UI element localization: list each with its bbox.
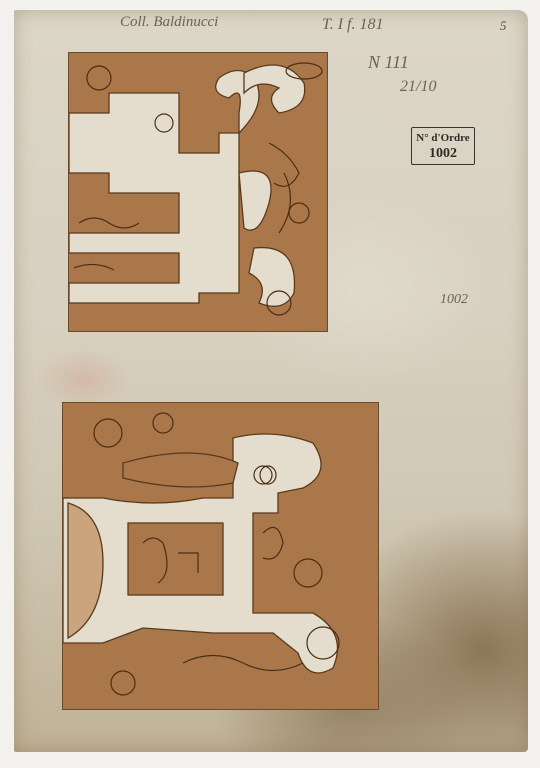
lower-ornamental-panel <box>62 402 379 710</box>
collection-stamp: N° d'Ordre 1002 <box>411 127 475 165</box>
number-inscription: N 111 <box>368 52 409 73</box>
stamp-label: N° d'Ordre <box>412 131 474 146</box>
upper-ornamental-panel <box>68 52 328 332</box>
pencil-number-inscription: 1002 <box>440 292 468 308</box>
upper-ornament-drawing <box>69 53 327 331</box>
page-number-inscription: 5 <box>500 18 507 34</box>
folio-inscription: T. I f. 181 <box>322 16 383 34</box>
collection-inscription: Coll. Baldinucci <box>120 14 218 31</box>
lower-ornament-drawing <box>63 403 378 709</box>
date-inscription: 21/10 <box>400 78 436 96</box>
stamp-number: 1002 <box>412 146 474 161</box>
